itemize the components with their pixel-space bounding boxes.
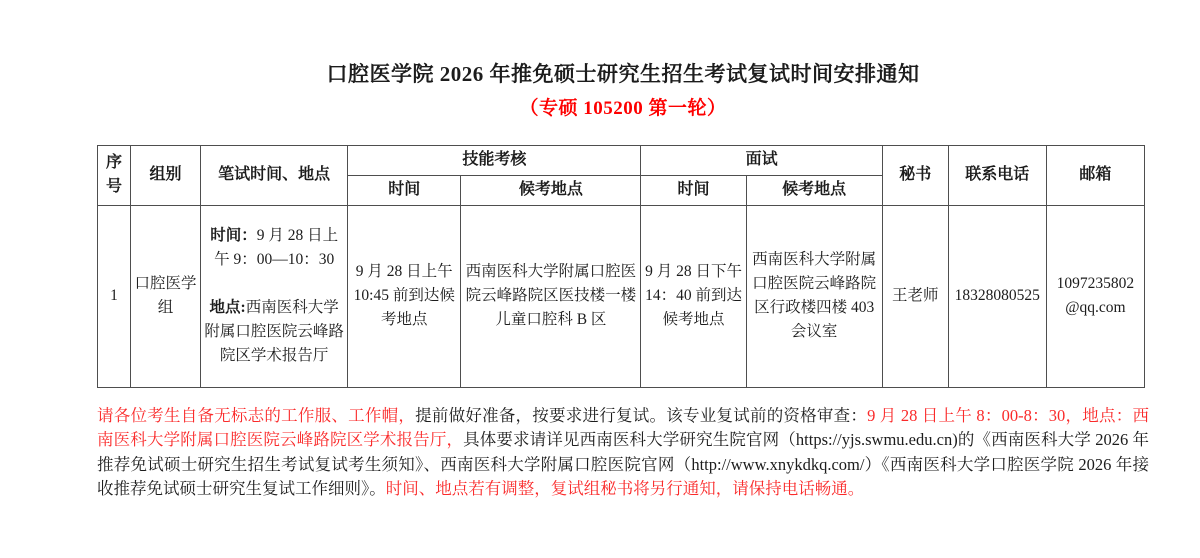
col-interview-wait-location: 候考地点 xyxy=(746,175,882,205)
page-subtitle: （专硕 105200 第一轮） xyxy=(97,93,1149,120)
cell-secretary: 王老师 xyxy=(882,205,948,387)
cell-interview-time: 9 月 28 日下午 14：40 前到达候考地点 xyxy=(641,205,746,387)
cell-interview-wait-location: 西南医科大学附属口腔医院云峰路院区行政楼四楼 403 会议室 xyxy=(746,205,882,387)
notice-segment: 提前做好准备，按要求进行复试。该专业复试前的资格审查： xyxy=(415,406,867,425)
page-title: 口腔医学院 2026 年推免硕士研究生招生考试复试时间安排通知 xyxy=(97,58,1149,88)
cell-written-time-place: 时间：9 月 28 日上午 9：00—10：30 地点:西南医科大学附属口腔医院… xyxy=(201,205,348,387)
written-place: 地点:西南医科大学附属口腔医院云峰路院区学术报告厅 xyxy=(204,296,344,368)
cell-phone: 18328080525 xyxy=(948,205,1046,387)
notice-paragraph: 请各位考生自备无标志的工作服、工作帽，提前做好准备，按要求进行复试。该专业复试前… xyxy=(97,404,1149,502)
col-phone: 联系电话 xyxy=(948,146,1046,206)
col-interview-time: 时间 xyxy=(641,175,746,205)
cell-skill-time: 9 月 28 日上午 10:45 前到达候考地点 xyxy=(348,205,461,387)
col-skill-time: 时间 xyxy=(348,175,461,205)
col-written: 笔试时间、地点 xyxy=(201,146,348,206)
col-skill-wait-location: 候考地点 xyxy=(461,175,641,205)
col-email: 邮箱 xyxy=(1046,146,1144,206)
cell-group: 口腔医学组 xyxy=(131,205,201,387)
notice-document: 口腔医学院 2026 年推免硕士研究生招生考试复试时间安排通知 （专硕 1052… xyxy=(97,58,1149,502)
col-interview-group: 面试 xyxy=(641,146,882,176)
notice-segment: 请各位考生自备无标志的工作服、工作帽， xyxy=(97,406,415,425)
schedule-table: 序号 组别 笔试时间、地点 技能考核 面试 秘书 联系电话 邮箱 时间 候考地点… xyxy=(97,145,1145,388)
cell-skill-wait-location: 西南医科大学附属口腔医院云峰路院区医技楼一楼儿童口腔科 B 区 xyxy=(461,205,641,387)
cell-seq: 1 xyxy=(98,205,131,387)
cell-email: 1097235802@qq.com xyxy=(1046,205,1144,387)
notice-segment: 时间、地点若有调整，复试组秘书将另行通知，请保持电话畅通。 xyxy=(386,479,865,498)
written-time: 时间：9 月 28 日上午 9：00—10：30 xyxy=(204,224,344,272)
col-skill-group: 技能考核 xyxy=(348,146,641,176)
col-secretary: 秘书 xyxy=(882,146,948,206)
col-group: 组别 xyxy=(131,146,201,206)
col-seq: 序号 xyxy=(98,146,131,206)
table-row: 1 口腔医学组 时间：9 月 28 日上午 9：00—10：30 地点:西南医科… xyxy=(98,205,1145,387)
